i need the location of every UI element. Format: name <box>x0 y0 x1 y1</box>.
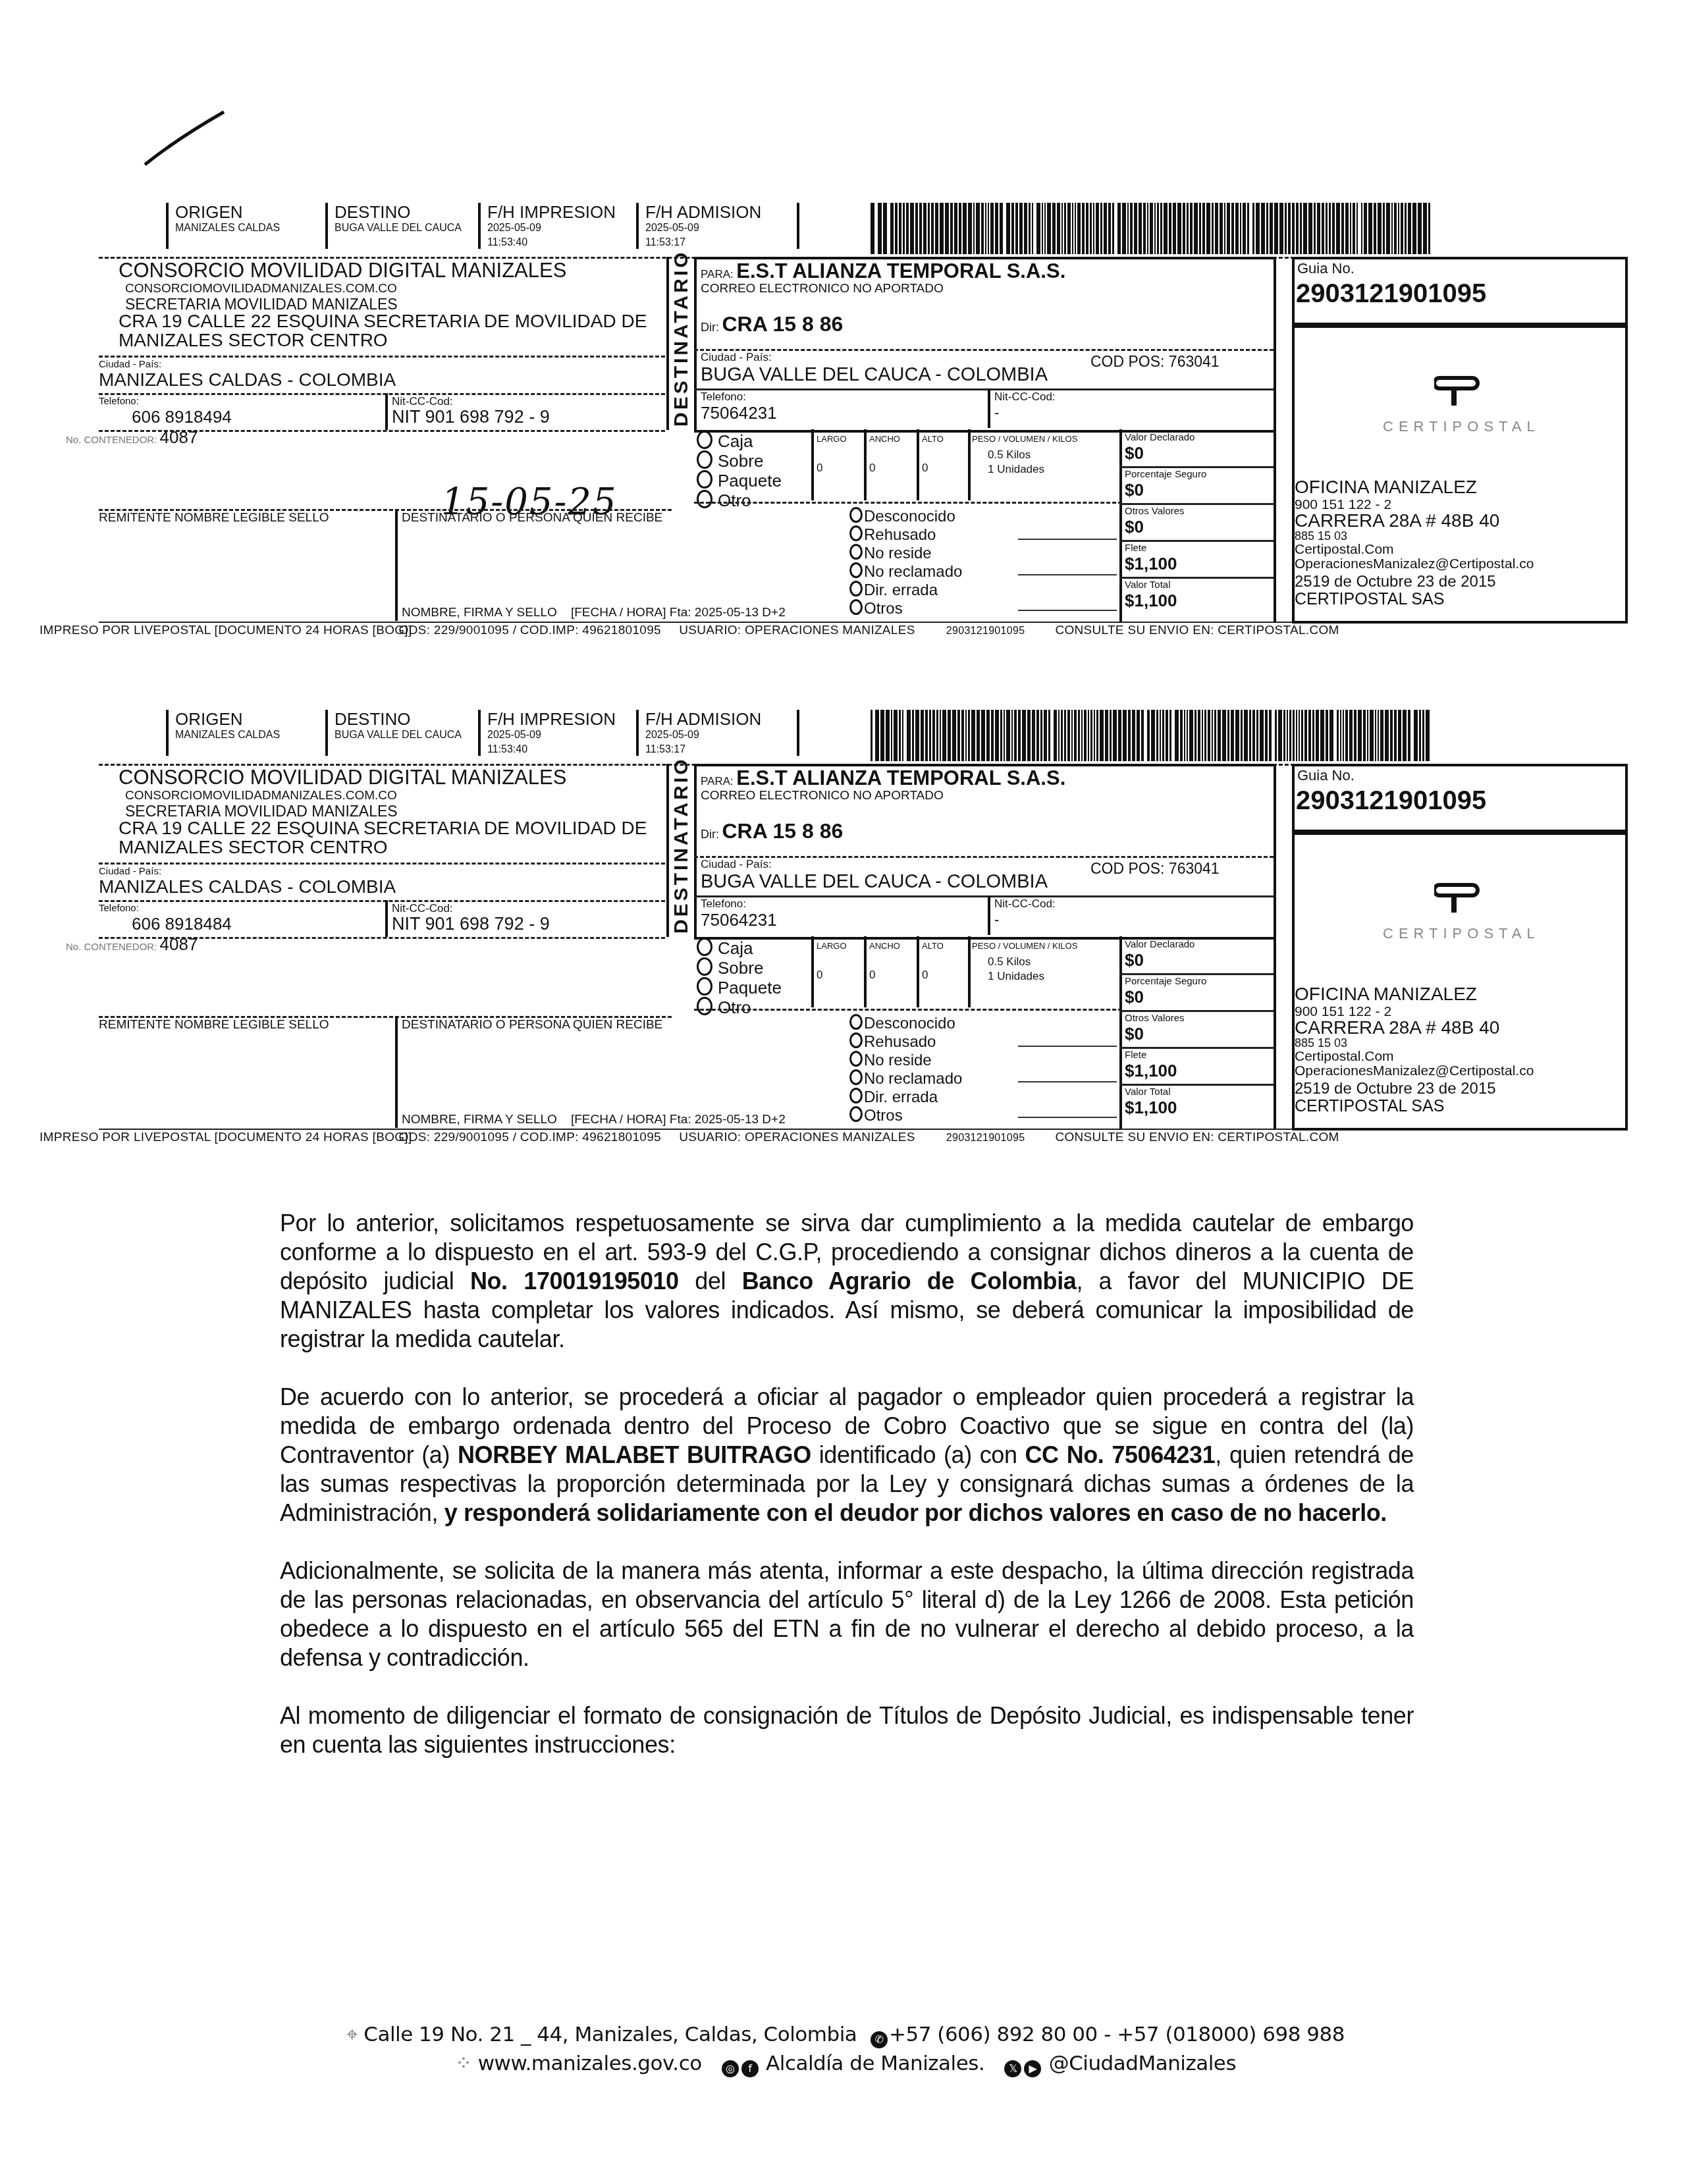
package-types-1: Sobre <box>718 958 763 978</box>
destino-value: BUGA VALLE DEL CAUCA <box>335 728 473 743</box>
x-icon: 𝕏 <box>1004 2060 1021 2077</box>
value-cell: Otros Valores $0 <box>1125 1013 1272 1043</box>
name-sign-label: NOMBRE, FIRMA Y SELLO <box>402 1113 557 1127</box>
destino-label: DESTINO <box>335 710 473 728</box>
sender-contract: No. CONTENEDOR: 4087 <box>66 431 198 446</box>
value-cell: Porcentaje Seguro $0 <box>1125 469 1272 499</box>
receipt-footer: IMPRESO POR LIVEPOSTAL [DOCUMENTO 24 HOR… <box>40 1131 1339 1145</box>
return_reasons-2: No reside <box>864 1052 932 1069</box>
package-types-3: Otro <box>718 491 751 510</box>
barcode <box>871 710 1430 769</box>
ancho-label: ANCHO <box>869 433 900 445</box>
bank-name: Banco Agrario de Colombia <box>742 1267 1077 1294</box>
recipient-address-row: Dir: CRA 15 8 86 <box>701 819 843 843</box>
return_reasons-0: Desconocido <box>864 1015 955 1032</box>
sender-contract-label: No. CONTENEDOR: <box>66 942 157 953</box>
recipient-email-note: CORREO ELECTRONICO NO APORTADO <box>701 790 944 802</box>
handwritten-stroke <box>138 99 230 171</box>
package-type-radio[interactable]: Caja <box>697 938 782 957</box>
recipient-address: CRA 15 8 86 <box>722 312 843 336</box>
alto-value: 0 <box>922 969 928 981</box>
recipient-nit: - <box>994 910 999 930</box>
recipient-nit-label: Nit-CC-Cod: <box>994 898 1056 910</box>
impresion-label: F/H IMPRESION <box>487 203 639 221</box>
web-icon: ⁘ <box>455 2052 471 2075</box>
value-label: Valor Declarado <box>1125 432 1272 444</box>
fta-value: Fta: 2025-05-13 D+2 <box>670 606 786 620</box>
paragraph-1: Por lo anterior, solicitamos respetuosam… <box>280 1209 1414 1354</box>
fecha-label: [FECHA / HORA] <box>571 1113 666 1127</box>
peso-value: 0.5 Kilos <box>988 449 1031 461</box>
return_reasons-0: Desconocido <box>864 508 955 525</box>
sender-nit-label: Nit-CC-Cod: <box>392 396 453 408</box>
office-license: 2519 de Octubre 23 de 2015 <box>1295 573 1534 591</box>
package-type-radio[interactable]: Paquete <box>697 977 782 997</box>
office-phone: 885 15 03 <box>1295 1036 1534 1050</box>
recipient-city-label: Ciudad - País: <box>701 859 772 870</box>
paragraph-2: De acuerdo con lo anterior, se procederá… <box>280 1383 1414 1528</box>
footer-consult: CONSULTE SU ENVIO EN: CERTIPOSTAL.COM <box>1055 1131 1339 1144</box>
sender-sign-label: REMITENTE NOMBRE LEGIBLE SELLO <box>99 1019 329 1031</box>
footer-phone: +57 (606) 892 80 00 - +57 (018000) 698 9… <box>889 2023 1345 2046</box>
value-amount: $0 <box>1125 444 1272 462</box>
return_reasons-2: No reside <box>864 545 932 562</box>
return_reasons-1: Rehusado <box>864 526 936 544</box>
footer-user: USUARIO: OPERACIONES MANIZALES <box>679 1131 942 1144</box>
ancho-value: 0 <box>869 969 875 981</box>
destino-box: DESTINO BUGA VALLE DEL CAUCA <box>325 710 473 756</box>
package-type-radio[interactable]: Otro <box>697 997 782 1017</box>
sender-address-1: CRA 19 CALLE 22 ESQUINA SECRETARIA DE MO… <box>119 311 647 331</box>
office-phone: 885 15 03 <box>1295 529 1534 543</box>
office-address: CARRERA 28A # 48B 40 <box>1295 512 1534 529</box>
origen-box: ORIGEN MANIZALES CALDAS <box>166 710 320 756</box>
letter-body: Por lo anterior, solicitamos respetuosam… <box>280 1209 1414 1788</box>
recipient-city: BUGA VALLE DEL CAUCA - COLOMBIA <box>701 870 1048 893</box>
footer-service: IMPRESO POR LIVEPOSTAL [DOCUMENTO 24 HOR… <box>40 1131 395 1144</box>
office-details: OFICINA MANIZALEZ 900 151 122 - 2 CARRER… <box>1295 984 1534 1114</box>
return_reasons-1: Rehusado <box>864 1033 936 1051</box>
recipient-nit: - <box>994 403 999 423</box>
value-amount: $1,100 <box>1125 1098 1272 1117</box>
sender-name: CONSORCIO MOVILIDAD DIGITAL MANIZALES <box>119 766 566 789</box>
origen-value: MANIZALES CALDAS <box>175 221 320 236</box>
certipostal-logo-icon <box>1434 876 1480 915</box>
recipient-name-row: PARA: E.S.T ALIANZA TEMPORAL S.A.S. <box>701 766 1065 790</box>
value-amount: $1,100 <box>1125 1061 1272 1080</box>
fecha-label: [FECHA / HORA] <box>571 606 666 620</box>
admision-label: F/H ADMISION <box>645 710 797 728</box>
sender-phone-label: Telefono: <box>99 903 139 915</box>
package-types-1: Sobre <box>718 451 763 471</box>
sender-nit: NIT 901 698 792 - 9 <box>392 914 550 934</box>
return-reason-radio[interactable]: No reside <box>849 1051 962 1069</box>
sender-address-1: CRA 19 CALLE 22 ESQUINA SECRETARIA DE MO… <box>119 818 647 838</box>
package-type-radio[interactable]: Sobre <box>697 957 782 977</box>
office-license: 2519 de Octubre 23 de 2015 <box>1295 1080 1534 1098</box>
shipping-receipt: ORIGEN MANIZALES CALDAS DESTINO BUGA VAL… <box>0 191 1691 652</box>
location-icon: ⌖ <box>346 2023 358 2046</box>
office-brand: CERTIPOSTAL <box>1383 925 1540 942</box>
postal-value: 763041 <box>1169 860 1220 877</box>
guia-number: 2903121901095 <box>1296 279 1486 309</box>
impresion-date: 2025-05-09 <box>487 221 639 236</box>
sender-contract-value: 4087 <box>160 427 198 447</box>
peso-label: PESO / VOLUMEN / KILOS <box>972 433 1077 445</box>
return-reason-radio[interactable]: No reside <box>849 544 962 562</box>
return_reasons-4: Dir. errada <box>864 581 938 599</box>
recipient-phone: 75064231 <box>701 910 777 930</box>
office-email: OperacionesManizalez@Certipostal.co <box>1295 1064 1534 1079</box>
office-email: OperacionesManizalez@Certipostal.co <box>1295 557 1534 572</box>
para-label: PARA: <box>701 268 734 280</box>
instagram-icon: ◎ <box>722 2060 739 2077</box>
admision-box: F/H ADMISION 2025-05-09 11:53:17 <box>636 203 799 249</box>
recipient-postal: COD POS: 763041 <box>1090 353 1220 371</box>
recipient-phone: 75064231 <box>701 403 777 423</box>
sender-phone: 606 8918484 <box>132 914 232 934</box>
footer-facebook: Alcaldía de Manizales. <box>766 2052 984 2075</box>
return-reason-radio[interactable]: Dir. errada <box>849 1088 962 1106</box>
office-name: OFICINA MANIZALEZ <box>1295 477 1534 498</box>
footer-user: USUARIO: OPERACIONES MANIZALES <box>679 624 942 637</box>
facebook-icon: f <box>741 2060 759 2077</box>
admision-time: 11:53:17 <box>645 743 797 757</box>
recipient-name-row: PARA: E.S.T ALIANZA TEMPORAL S.A.S. <box>701 259 1065 283</box>
value-label: Porcentaje Seguro <box>1125 469 1272 481</box>
largo-value: 0 <box>817 462 822 474</box>
name-sign-label: NOMBRE, FIRMA Y SELLO <box>402 606 557 620</box>
footer-guide: 2903121901095 <box>946 625 1052 638</box>
office-details: OFICINA MANIZALEZ 900 151 122 - 2 CARRER… <box>1295 477 1534 607</box>
return-reason-radio[interactable]: No reclamado <box>849 562 962 581</box>
impresion-date: 2025-05-09 <box>487 728 639 743</box>
value-amount: $0 <box>1125 481 1272 499</box>
p1-text-c: del <box>679 1267 742 1294</box>
return-reason-radio[interactable]: Otros <box>849 1106 962 1125</box>
guia-label: Guia No. <box>1297 768 1355 784</box>
recipient-phone-label: Telefono: <box>701 898 746 910</box>
recipient-sign-label: DESTINATARIO O PERSONA QUIEN RECIBE <box>402 512 662 524</box>
guia-number: 2903121901095 <box>1296 786 1486 816</box>
origen-label: ORIGEN <box>175 203 320 221</box>
office-company: CERTIPOSTAL SAS <box>1295 591 1534 607</box>
footer-ods: ODS: 229/9001095 / COD.IMP: 49621801095 <box>399 1131 676 1144</box>
sign-fecha: NOMBRE, FIRMA Y SELLO [FECHA / HORA] Fta… <box>402 1114 786 1126</box>
dir-label: Dir: <box>701 828 719 841</box>
sender-email: CONSORCIOMOVILIDADMANIZALES.COM.CO <box>125 283 397 295</box>
impresion-time: 11:53:40 <box>487 743 639 757</box>
value-cell: Otros Valores $0 <box>1125 506 1272 536</box>
debtor-name: NORBEY MALABET BUITRAGO <box>458 1441 811 1468</box>
package-types: Caja Sobre Paquete Otro <box>697 938 782 1017</box>
guia-label: Guia No. <box>1297 261 1355 277</box>
value-amount: $1,100 <box>1125 591 1272 610</box>
package-type-radio[interactable]: Otro <box>697 490 782 510</box>
peso-label: PESO / VOLUMEN / KILOS <box>972 940 1077 952</box>
footer-ods: ODS: 229/9001095 / COD.IMP: 49621801095 <box>399 624 676 637</box>
office-web: Certipostal.Com <box>1295 1050 1534 1064</box>
destinatario-side-label: DESTINATARIO <box>670 769 694 934</box>
return-reason-radio[interactable]: Otros <box>849 599 962 618</box>
alto-label: ALTO <box>922 940 944 952</box>
origen-box: ORIGEN MANIZALES CALDAS <box>166 203 320 249</box>
para-label: PARA: <box>701 775 734 787</box>
value-cell: Flete $1,100 <box>1125 1050 1272 1080</box>
return_reasons-4: Dir. errada <box>864 1088 938 1106</box>
value-cell: Flete $1,100 <box>1125 543 1272 573</box>
office-brand: CERTIPOSTAL <box>1383 418 1540 435</box>
alto-value: 0 <box>922 462 928 474</box>
ancho-label: ANCHO <box>869 940 900 952</box>
sender-email: CONSORCIOMOVILIDADMANIZALES.COM.CO <box>125 790 397 802</box>
return-reasons: Desconocido Rehusado No reside No reclam… <box>849 507 962 618</box>
recipient-postal: COD POS: 763041 <box>1090 860 1220 878</box>
paragraph-4: Al momento de diligenciar el formato de … <box>280 1701 1414 1759</box>
barcode <box>871 203 1430 262</box>
value-cell: Valor Total $1,100 <box>1125 1086 1272 1117</box>
admision-time: 11:53:17 <box>645 236 797 250</box>
largo-label: LARGO <box>817 940 847 952</box>
return-reason-radio[interactable]: Desconocido <box>849 1014 962 1032</box>
sender-dependency: SECRETARIA MOVILIDAD MANIZALES <box>125 296 398 312</box>
recipient-email-note: CORREO ELECTRONICO NO APORTADO <box>701 283 944 295</box>
destino-value: BUGA VALLE DEL CAUCA <box>335 221 473 236</box>
office-company: CERTIPOSTAL SAS <box>1295 1098 1534 1114</box>
sender-nit-label: Nit-CC-Cod: <box>392 903 453 915</box>
package-type-radio[interactable]: Sobre <box>697 450 782 470</box>
sender-nit: NIT 901 698 792 - 9 <box>392 407 550 427</box>
package-types-0: Caja <box>718 938 753 958</box>
footer-service: IMPRESO POR LIVEPOSTAL [DOCUMENTO 24 HOR… <box>40 624 395 637</box>
largo-label: LARGO <box>817 433 847 445</box>
sender-phone-label: Telefono: <box>99 396 139 408</box>
recipient-sign-label: DESTINATARIO O PERSONA QUIEN RECIBE <box>402 1019 662 1031</box>
package-types-3: Otro <box>718 998 751 1017</box>
postal-label: COD POS: <box>1090 353 1164 370</box>
recipient-city: BUGA VALLE DEL CAUCA - COLOMBIA <box>701 363 1048 386</box>
sender-city: MANIZALES CALDAS - COLOMBIA <box>99 370 396 390</box>
fta-value: Fta: 2025-05-13 D+2 <box>670 1113 786 1127</box>
sender-sign-label: REMITENTE NOMBRE LEGIBLE SELLO <box>99 512 329 524</box>
value-label: Valor Declarado <box>1125 939 1272 951</box>
alto-label: ALTO <box>922 433 944 445</box>
office-name: OFICINA MANIZALEZ <box>1295 984 1534 1005</box>
unidades-value: 1 Unidades <box>988 971 1044 982</box>
recipient-city-label: Ciudad - País: <box>701 352 772 363</box>
package-types: Caja Sobre Paquete Otro <box>697 431 782 510</box>
ancho-value: 0 <box>869 462 875 474</box>
value-label: Porcentaje Seguro <box>1125 976 1272 988</box>
impresion-time: 11:53:40 <box>487 236 639 250</box>
shipping-receipt: ORIGEN MANIZALES CALDAS DESTINO BUGA VAL… <box>0 698 1691 1159</box>
certipostal-logo-icon <box>1434 369 1480 408</box>
value-amount: $0 <box>1125 988 1272 1006</box>
debtor-id: CC No. 75064231 <box>1025 1441 1216 1468</box>
impresion-box: F/H IMPRESION 2025-05-09 11:53:40 <box>478 203 639 249</box>
impresion-box: F/H IMPRESION 2025-05-09 11:53:40 <box>478 710 639 756</box>
package-types-2: Paquete <box>718 978 782 998</box>
recipient-name: E.S.T ALIANZA TEMPORAL S.A.S. <box>736 259 1065 282</box>
sender-name: CONSORCIO MOVILIDAD DIGITAL MANIZALES <box>119 259 566 282</box>
return_reasons-5: Otros <box>864 600 903 618</box>
return-reason-radio[interactable]: Dir. errada <box>849 581 962 599</box>
destino-box: DESTINO BUGA VALLE DEL CAUCA <box>325 203 473 249</box>
destinatario-side-label: DESTINATARIO <box>670 262 694 427</box>
unidades-value: 1 Unidades <box>988 464 1044 475</box>
footer-social: @CiudadManizales <box>1049 2052 1236 2075</box>
value-label: Flete <box>1125 1050 1272 1061</box>
sender-contract-label: No. CONTENEDOR: <box>66 435 157 446</box>
account-number: No. 170019195010 <box>470 1267 679 1294</box>
receipt-2-container: ORIGEN MANIZALES CALDAS DESTINO BUGA VAL… <box>0 698 1691 1159</box>
value-amount: $0 <box>1125 1025 1272 1043</box>
origen-label: ORIGEN <box>175 710 320 728</box>
value-label: Flete <box>1125 543 1272 554</box>
value-label: Otros Valores <box>1125 506 1272 518</box>
sender-contract: No. CONTENEDOR: 4087 <box>66 938 198 953</box>
peso-value: 0.5 Kilos <box>988 956 1031 968</box>
value-amount: $0 <box>1125 518 1272 536</box>
destino-label: DESTINO <box>335 203 473 221</box>
office-address: CARRERA 28A # 48B 40 <box>1295 1019 1534 1036</box>
admision-date: 2025-05-09 <box>645 728 797 743</box>
recipient-address-row: Dir: CRA 15 8 86 <box>701 312 843 336</box>
admision-date: 2025-05-09 <box>645 221 797 236</box>
paragraph-3: Adicionalmente, se solicita de la manera… <box>280 1557 1414 1672</box>
recipient-phone-label: Telefono: <box>701 391 746 403</box>
sender-city: MANIZALES CALDAS - COLOMBIA <box>99 877 396 897</box>
origen-value: MANIZALES CALDAS <box>175 728 320 743</box>
dir-label: Dir: <box>701 321 719 334</box>
return_reasons-3: No reclamado <box>864 563 962 581</box>
admision-label: F/H ADMISION <box>645 203 797 221</box>
sender-address-2: MANIZALES SECTOR CENTRO <box>119 838 388 857</box>
value-label: Valor Total <box>1125 1086 1272 1098</box>
value-label: Otros Valores <box>1125 1013 1272 1025</box>
impresion-label: F/H IMPRESION <box>487 710 639 728</box>
package-types-2: Paquete <box>718 471 782 491</box>
p2-text-c: identificado (a) con <box>811 1441 1025 1468</box>
footer-web-link[interactable]: www.manizales.gov.co <box>478 2052 702 2075</box>
postal-value: 763041 <box>1169 353 1220 370</box>
footer-row-1: ⌖ Calle 19 No. 21 _ 44, Manizales, Calda… <box>0 2020 1691 2049</box>
package-type-radio[interactable]: Caja <box>697 431 782 450</box>
postal-label: COD POS: <box>1090 860 1164 877</box>
largo-value: 0 <box>817 969 822 981</box>
value-cell: Porcentaje Seguro $0 <box>1125 976 1272 1006</box>
office-web: Certipostal.Com <box>1295 543 1534 557</box>
page-footer: ⌖ Calle 19 No. 21 _ 44, Manizales, Calda… <box>0 2020 1691 2078</box>
recipient-nit-label: Nit-CC-Cod: <box>994 391 1056 403</box>
value-cell: Valor Declarado $0 <box>1125 432 1272 462</box>
value-cell: Valor Total $1,100 <box>1125 579 1272 610</box>
return_reasons-5: Otros <box>864 1107 903 1125</box>
sender-dependency: SECRETARIA MOVILIDAD MANIZALES <box>125 803 398 819</box>
value-amount: $0 <box>1125 951 1272 969</box>
value-amount: $1,100 <box>1125 554 1272 573</box>
footer-guide: 2903121901095 <box>946 1132 1052 1145</box>
footer-consult: CONSULTE SU ENVIO EN: CERTIPOSTAL.COM <box>1055 624 1339 637</box>
footer-address: Calle 19 No. 21 _ 44, Manizales, Caldas,… <box>363 2023 857 2046</box>
admision-box: F/H ADMISION 2025-05-09 11:53:17 <box>636 710 799 756</box>
youtube-icon: ▶ <box>1024 2060 1041 2077</box>
sender-address-2: MANIZALES SECTOR CENTRO <box>119 331 388 350</box>
recipient-name: E.S.T ALIANZA TEMPORAL S.A.S. <box>736 766 1065 789</box>
sender-phone: 606 8918494 <box>132 407 232 427</box>
receipt-1-container: ORIGEN MANIZALES CALDAS DESTINO BUGA VAL… <box>0 191 1691 652</box>
sender-contract-value: 4087 <box>160 934 198 954</box>
p2-bold-clause: y responderá solidariamente con el deudo… <box>444 1499 1387 1526</box>
phone-icon: ✆ <box>871 2031 888 2048</box>
value-label: Valor Total <box>1125 579 1272 591</box>
return-reason-radio[interactable]: No reclamado <box>849 1069 962 1088</box>
receipt-footer: IMPRESO POR LIVEPOSTAL [DOCUMENTO 24 HOR… <box>40 624 1339 638</box>
package-type-radio[interactable]: Paquete <box>697 470 782 490</box>
footer-row-2: ⁘ www.manizales.gov.co ◎f Alcaldía de Ma… <box>0 2049 1691 2078</box>
sign-fecha: NOMBRE, FIRMA Y SELLO [FECHA / HORA] Fta… <box>402 607 786 619</box>
return-reason-radio[interactable]: Rehusado <box>849 525 962 544</box>
return-reasons: Desconocido Rehusado No reside No reclam… <box>849 1014 962 1125</box>
value-cell: Valor Declarado $0 <box>1125 939 1272 969</box>
return_reasons-3: No reclamado <box>864 1070 962 1088</box>
return-reason-radio[interactable]: Rehusado <box>849 1032 962 1051</box>
recipient-address: CRA 15 8 86 <box>722 819 843 843</box>
package-types-0: Caja <box>718 431 753 451</box>
return-reason-radio[interactable]: Desconocido <box>849 507 962 525</box>
